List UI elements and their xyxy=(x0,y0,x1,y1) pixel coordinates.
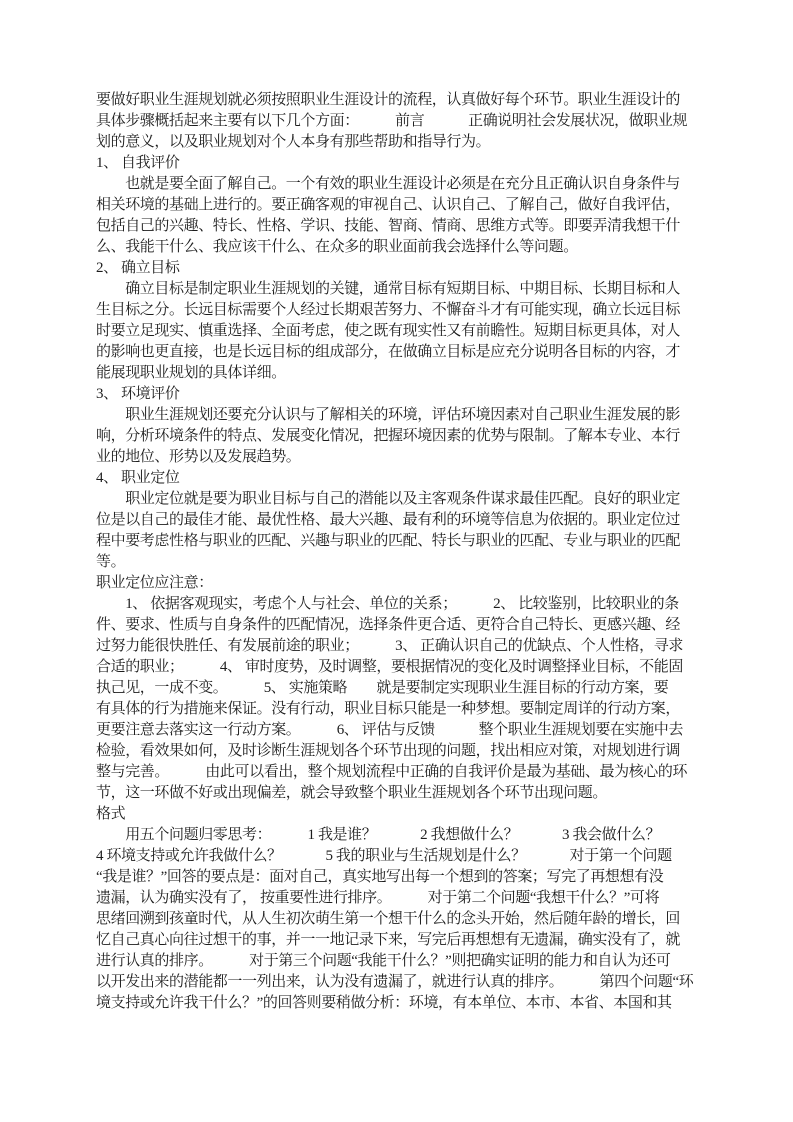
text-line: 职业定位应注意： xyxy=(96,573,704,594)
text-line: 遗漏，认为确实没有了， 按重要性进行排序。 对于第二个问题“我想干什么？”可将 xyxy=(96,888,704,909)
text-line: 程中要考虑性格与职业的匹配、兴趣与职业的匹配、特长与职业的匹配、专业与职业的匹配 xyxy=(96,531,704,552)
text-line: 的影响也更直接，也是长远目标的组成部分，在做确立目标是应充分说明各目标的内容，才 xyxy=(96,342,704,363)
text-line: 划的意义，以及职业规划对个人本身有那些帮助和指导行为。 xyxy=(96,132,704,153)
text-line: 职业生涯规划还要充分认识与了解相关的环境，评估环境因素对自己职业生涯发展的影 xyxy=(96,405,704,426)
text-line: 响，分析环境条件的特点、发展变化情况，把握环境因素的优势与限制。了解本专业、本行 xyxy=(96,426,704,447)
text-line: 整与完善。 由此可以看出，整个规划流程中正确的自我评价是最为基础、最为核心的环 xyxy=(96,762,704,783)
text-line: 节，这一环做不好或出现偏差，就会导致整个职业生涯规划各个环节出现问题。 xyxy=(96,783,704,804)
text-line: 以开发出来的潜能都一一列出来，认为没有遗漏了，就进行认真的排序。 第四个问题“环 xyxy=(96,972,704,993)
text-line: 等。 xyxy=(96,552,704,573)
text-line: 2、 确立目标 xyxy=(96,258,704,279)
text-line: 更要注意去落实这一行动方案。 6、 评估与反馈 整个职业生涯规划要在实施中去 xyxy=(96,720,704,741)
text-line: 思绪回溯到孩童时代，从人生初次萌生第一个想干什么的念头开始，然后随年龄的增长，回 xyxy=(96,909,704,930)
text-line: 确立目标是制定职业生涯规划的关键，通常目标有短期目标、中期目标、长期目标和人 xyxy=(96,279,704,300)
text-line: 有具体的行为措施来保证。没有行动，职业目标只能是一种梦想。要制定周详的行动方案， xyxy=(96,699,704,720)
text-line: 3、 环境评价 xyxy=(96,384,704,405)
text-line: 格式 xyxy=(96,804,704,825)
text-line: 能展现职业规划的具体详细。 xyxy=(96,363,704,384)
text-line: 合适的职业； 4、 审时度势，及时调整，要根据情况的变化及时调整择业目标，不能固 xyxy=(96,657,704,678)
text-line: 1、 依据客观现实，考虑个人与社会、单位的关系； 2、 比较鉴别，比较职业的条 xyxy=(96,594,704,615)
text-line: 4、 职业定位 xyxy=(96,468,704,489)
text-line: 1、 自我评价 xyxy=(96,153,704,174)
text-line: 过努力能很快胜任、有发展前途的职业； 3、 正确认识自己的优缺点、个人性格，寻求 xyxy=(96,636,704,657)
text-line: 相关环境的基础上进行的。要正确客观的审视自己、认识自己、了解自己，做好自我评估， xyxy=(96,195,704,216)
text-line: 件、要求、性质与自身条件的匹配情况，选择条件更合适、更符合自己特长、更感兴趣、经 xyxy=(96,615,704,636)
text-line: 境支持或允许我干什么？”的回答则要稍做分析：环境，有本单位、本市、本省、本国和其 xyxy=(96,993,704,1014)
document-text: 要做好职业生涯规划就必须按照职业生涯设计的流程，认真做好每个环节。职业生涯设计的… xyxy=(96,90,704,1014)
text-line: 检验，看效果如何，及时诊断生涯规划各个环节出现的问题，找出相应对策，对规划进行调 xyxy=(96,741,704,762)
text-line: 也就是要全面了解自己。一个有效的职业生涯设计必须是在充分且正确认识自身条件与 xyxy=(96,174,704,195)
text-line: 进行认真的排序。 对于第三个问题“我能干什么？”则把确实证明的能力和自认为还可 xyxy=(96,951,704,972)
text-line: 时要立足现实、慎重选择、全面考虑，使之既有现实性又有前瞻性。短期目标更具体，对人 xyxy=(96,321,704,342)
text-line: 么、我能干什么、我应该干什么、在众多的职业面前我会选择什么等问题。 xyxy=(96,237,704,258)
text-line: 4 环境支持或允许我做什么？ 5 我的职业与生活规划是什么？ 对于第一个问题 xyxy=(96,846,704,867)
text-line: 执己见，一成不变。 5、 实施策略 就是要制定实现职业生涯目标的行动方案，要 xyxy=(96,678,704,699)
text-line: 位是以自己的最佳才能、最优性格、最大兴趣、最有利的环境等信息为依据的。职业定位过 xyxy=(96,510,704,531)
text-line: 忆自己真心向往过想干的事，并一一地记录下来，写完后再想想有无遗漏，确实没有了，就 xyxy=(96,930,704,951)
text-line: 职业定位就是要为职业目标与自己的潜能以及主客观条件谋求最佳匹配。良好的职业定 xyxy=(96,489,704,510)
text-line: 要做好职业生涯规划就必须按照职业生涯设计的流程，认真做好每个环节。职业生涯设计的 xyxy=(96,90,704,111)
text-line: “我是谁？”回答的要点是：面对自己，真实地写出每一个想到的答案；写完了再想想有没 xyxy=(96,867,704,888)
text-line: 业的地位、形势以及发展趋势。 xyxy=(96,447,704,468)
document-page: 要做好职业生涯规划就必须按照职业生涯设计的流程，认真做好每个环节。职业生涯设计的… xyxy=(0,0,793,1122)
text-line: 包括自己的兴趣、特长、性格、学识、技能、智商、情商、思维方式等。即要弄清我想干什 xyxy=(96,216,704,237)
text-line: 生目标之分。长远目标需要个人经过长期艰苦努力、不懈奋斗才有可能实现，确立长远目标 xyxy=(96,300,704,321)
text-line: 具体步骤概括起来主要有以下几个方面： 前言 正确说明社会发展状况，做职业规 xyxy=(96,111,704,132)
text-line: 用五个问题归零思考： 1 我是谁？ 2 我想做什么？ 3 我会做什么？ xyxy=(96,825,704,846)
